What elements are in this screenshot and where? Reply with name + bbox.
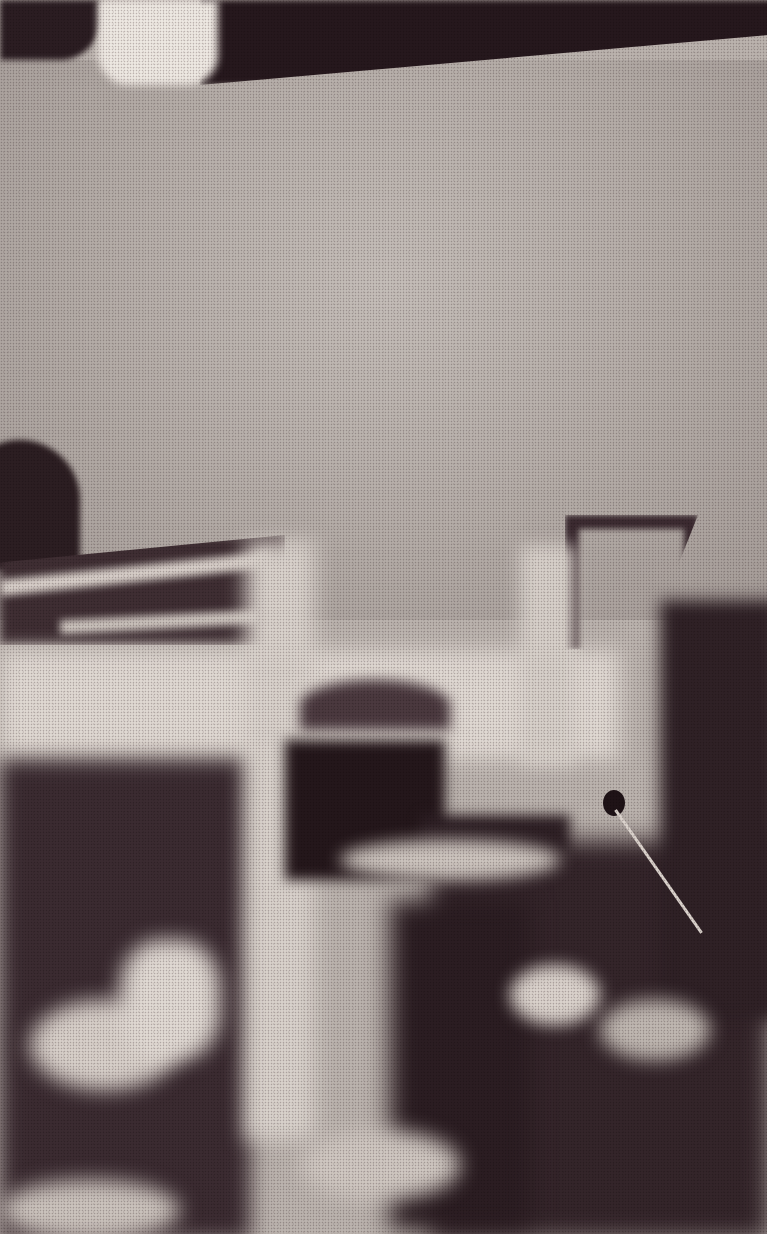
photograph: Grainy monochrome photograph of a grassy… [0,0,767,1234]
sepia-tint-overlay [0,0,767,1234]
